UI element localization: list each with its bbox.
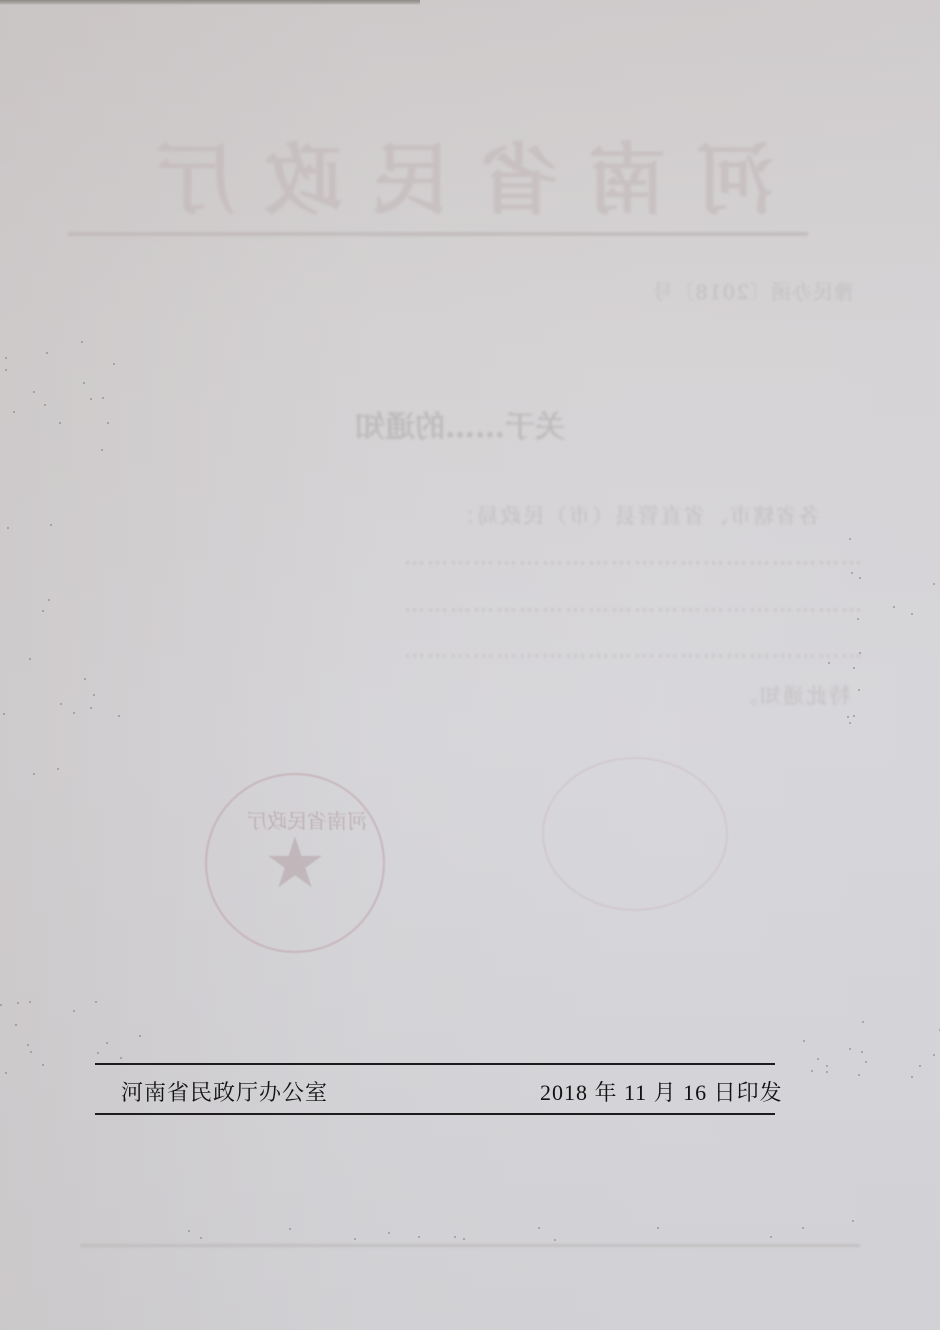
ghost-body-line: …………………………………………………… — [92, 638, 862, 662]
official-seal-left: ★ 河南省民政厅 — [205, 773, 385, 953]
ghost-body-line: 特此通知。 — [170, 680, 850, 710]
footer-issuer: 河南省民政厅办公室 — [121, 1076, 328, 1107]
ghost-body-line: …………………………………………………… — [92, 592, 862, 616]
footer-issue-date: 2018 年 11 月 16 日印发 — [540, 1076, 783, 1107]
footer-rule-bottom — [95, 1113, 775, 1115]
seal-star-icon: ★ — [264, 822, 327, 904]
footer-rule-top — [95, 1063, 775, 1065]
ghost-body-line: …………………………………………………… — [92, 545, 862, 569]
paper-top-edge — [0, 0, 420, 5]
ghost-bottom-rule — [80, 1244, 860, 1247]
ghost-body-line: 各省辖市、省直管县（市）民政局： — [140, 500, 820, 530]
official-seal-right — [542, 757, 728, 911]
document-page: 河南省民政厅 豫民办函〔2018〕号 关于……的通知 各省辖市、省直管县（市）民… — [0, 0, 940, 1330]
seal-ghost-text: 河南省民政厅 — [247, 805, 367, 834]
ghost-doc-number: 豫民办函〔2018〕号 — [64, 276, 854, 305]
ghost-header-text: 河南省民政厅 — [110, 118, 790, 230]
ghost-header-rule — [68, 232, 808, 236]
ghost-title: 关于……的通知 — [250, 402, 670, 446]
